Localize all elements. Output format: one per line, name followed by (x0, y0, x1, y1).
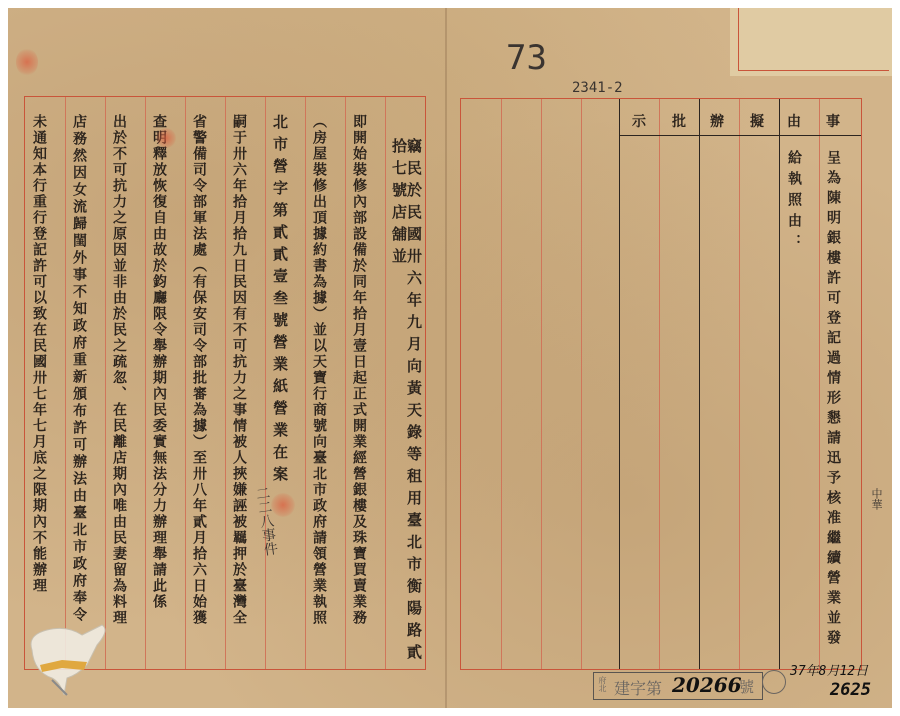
text-column-1: 竊民於民國卅六年九月向黃天錄等租用臺北市衡陽路貳拾七號店舖並 (391, 138, 421, 668)
date-note: 37年8月12日 (790, 660, 868, 679)
stamp-suffix: 號 (739, 676, 754, 697)
archive-logo-watermark (22, 620, 112, 700)
header-approve: 批 (672, 111, 686, 131)
left-page: 竊民於民國卅六年九月向黃天錄等租用臺北市衡陽路貳拾七號店舖並 即開始裝修內部設備… (16, 8, 446, 708)
stamp-number: 20266 (672, 673, 742, 697)
header-reason: 由 (787, 111, 801, 131)
text-column-10: 未通知本行重行登記許可以致在民國卅七年七月底之限期內不能辦理 (32, 114, 46, 669)
round-stamp (762, 670, 786, 694)
text-column-3: （房屋裝修出頂據約書為據）並以天寶行商號向臺北市政府請領營業執照 (312, 114, 326, 669)
header-handle: 辦 (710, 111, 724, 131)
registration-stamp: 府北 建字第 20266 號 (593, 672, 763, 700)
small-seal (156, 128, 176, 148)
top-left-seal (16, 48, 38, 76)
header-proposed: 擬 (750, 111, 764, 131)
second-number: 2625 (830, 680, 871, 700)
text-column-8: 出於不可抗力之原因並非由於民之疏忽、在民離店期內唯由民妻留為料理 (112, 114, 126, 669)
text-column-2: 即開始裝修內部設備於同年拾月壹日起正式開業經營銀樓及珠寶買賣業務 (352, 114, 366, 669)
header-subject: 事 (826, 111, 840, 131)
handwritten-number: 73 (506, 38, 547, 78)
stamp-label: 建字第 (614, 676, 662, 699)
reason-text: 給執照由： (787, 150, 801, 350)
right-page: 73 2341-2 事 由 擬 辦 批 示 呈為陳明銀樓許可登記過情形懇請迅予核… (446, 8, 892, 708)
text-column-4: 北市營字第貳貳壹叁號營業紙營業在案 (272, 114, 287, 669)
handwritten-reference: 2341-2 (572, 80, 623, 96)
subject-text: 呈為陳明銀樓許可登記過情形懇請迅予核准繼續營業並發 (826, 150, 840, 670)
text-column-6: 省警備司令部軍法處（有保安司令部批審為據）至卅八年貳月拾六日始獲 (192, 114, 206, 669)
text-column-5: 嗣于卅六年拾月拾九日民因有不可抗力之事情被人挾嫌誣被羈押於臺灣全 (232, 114, 246, 669)
side-note: 中華 (868, 488, 884, 510)
text-column-9: 店務然因女流歸閨外事不知政府重新頒布許可辦法由臺北市政府奉令 (72, 114, 86, 669)
stamp-prefix: 府北 (597, 676, 608, 692)
header-instruct: 示 (632, 111, 646, 131)
text-column-7: 查明釋放恢復自由故於鈞廳限令舉辦期內民委實無法分力辦理舉請此係 (152, 114, 166, 669)
